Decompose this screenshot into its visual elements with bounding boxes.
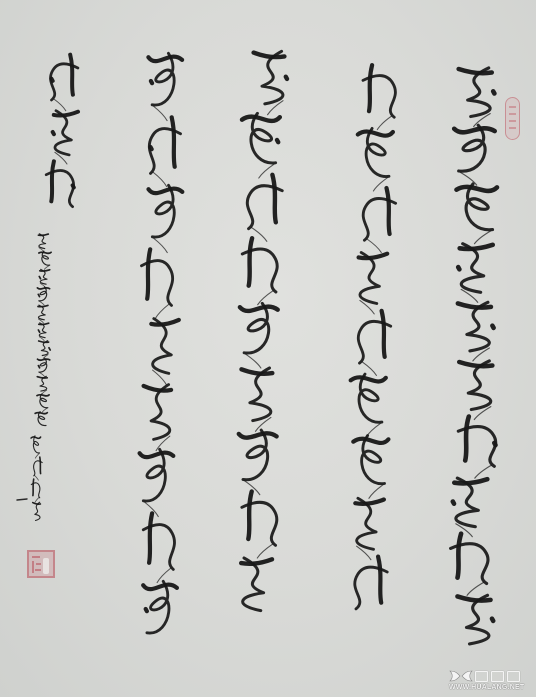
watermark-site-name: 画廊网 bbox=[475, 670, 525, 682]
ink-strokes-inscription-1 bbox=[35, 234, 51, 426]
ink-strokes-column-5 bbox=[46, 55, 78, 207]
ink-strokes-column-2 bbox=[351, 65, 396, 609]
watermark: 画廊网 WWW.HUALANG.NET bbox=[448, 668, 532, 694]
watermark-url: WWW.HUALANG.NET bbox=[449, 684, 524, 691]
ink-strokes-inscription-2 bbox=[31, 436, 42, 521]
inscription-dash bbox=[17, 499, 27, 500]
ink-strokes-column-1 bbox=[451, 68, 497, 644]
seal-stamp-signature bbox=[27, 550, 55, 578]
seal-stamp-top bbox=[505, 97, 520, 140]
ink-strokes-column-3 bbox=[239, 51, 287, 610]
butterfly-logo-icon bbox=[448, 668, 474, 684]
ink-strokes-column-4 bbox=[140, 53, 183, 633]
calligraphy-ink-layer bbox=[0, 0, 536, 697]
